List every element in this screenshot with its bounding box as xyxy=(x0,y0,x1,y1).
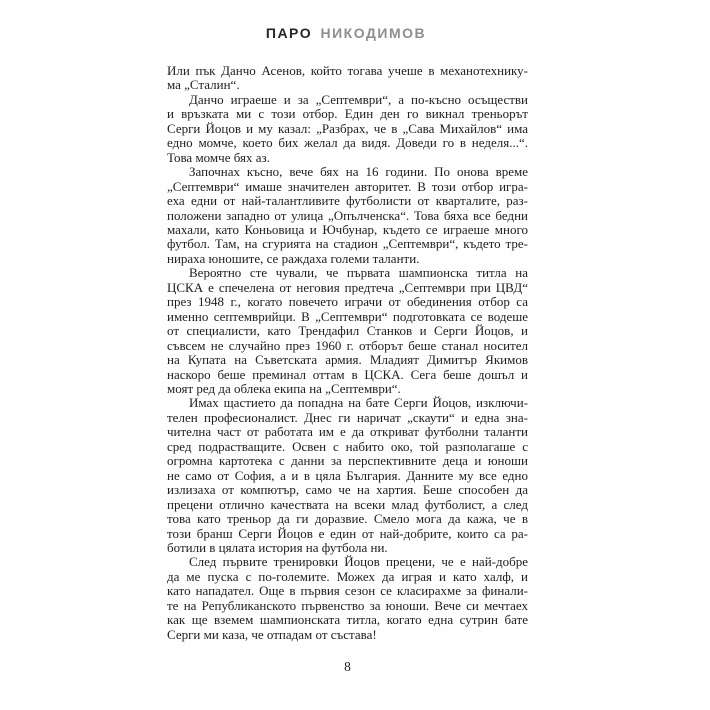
text-line: огромна картотека с данни за перспективн… xyxy=(167,454,528,468)
text-line: След първите тренировки Йоцов прецени, ч… xyxy=(167,555,528,569)
text-line: Или пък Данчо Асенов, който тогава учеше… xyxy=(167,64,528,78)
text-line: на Купата на Съветската армия. Младият Д… xyxy=(167,353,528,367)
text-line: Данчо играеше и за „Септември“, а по-къс… xyxy=(167,93,528,107)
text-line: през 1948 г., когато повечето играчи от … xyxy=(167,295,528,309)
text-line: те на Републиканското първенство за юнош… xyxy=(167,599,528,613)
book-page: ПАРО НИКОДИМОВ Или пък Данчо Асенов, кой… xyxy=(0,0,710,710)
text-line: Имах щастието да попадна на бате Серги Й… xyxy=(167,396,528,410)
text-line: чителна част от работата им е да открива… xyxy=(167,425,528,439)
text-line: нираха юношите, се раждаха големи талант… xyxy=(167,252,528,266)
text-line: Серги Йоцов и му казал: „Разбрах, че в „… xyxy=(167,122,528,136)
page-body: Или пък Данчо Асенов, който тогава учеше… xyxy=(167,64,528,642)
author-first-name: ПАРО xyxy=(266,25,312,41)
paragraph: Имах щастието да попадна на бате Серги Й… xyxy=(167,396,528,555)
text-line: положени западно от улица „Опълченска“. … xyxy=(167,209,528,223)
text-line: да ме пуска с по-големите. Можех да игра… xyxy=(167,570,528,584)
text-line: и връзката ми с този отбор. Един ден го … xyxy=(167,107,528,121)
text-line: като нападател. Още в първия сезон се кл… xyxy=(167,584,528,598)
author-last-name: НИКОДИМОВ xyxy=(320,25,426,41)
text-line: „Септември“ имаше значителен авторитет. … xyxy=(167,180,528,194)
paragraph: Данчо играеше и за „Септември“, а по-къс… xyxy=(167,93,528,165)
paragraph: Вероятно сте чували, че първата шампионс… xyxy=(167,266,528,396)
text-line: Серги ми каза, че отпадам от състава! xyxy=(167,628,528,642)
text-line: прецени отлично качествата на всеки млад… xyxy=(167,498,528,512)
text-line: този бранш Серги Йоцов е един от най-доб… xyxy=(167,527,528,541)
text-line: от специалисти, като Трендафил Станков и… xyxy=(167,324,528,338)
text-line: Започнах късно, вече бях на 16 години. П… xyxy=(167,165,528,179)
text-line: едно момче, което бих желал да видя. Дов… xyxy=(167,136,528,150)
text-line: не само от София, а и в цяла България. Д… xyxy=(167,469,528,483)
paragraph: Започнах късно, вече бях на 16 години. П… xyxy=(167,165,528,266)
paragraph: След първите тренировки Йоцов прецени, ч… xyxy=(167,555,528,642)
text-line: Това момче бях аз. xyxy=(167,151,528,165)
text-line: това като треньор да ги доразвие. Смело … xyxy=(167,512,528,526)
text-line: футбол. Там, на сгурията на стадион „Сеп… xyxy=(167,237,528,251)
text-line: моят ред да облека екипа на „Септември“. xyxy=(167,382,528,396)
text-line: наскоро беше преминал оттам в ЦСКА. Сега… xyxy=(167,368,528,382)
text-line: Вероятно сте чували, че първата шампионс… xyxy=(167,266,528,280)
text-line: как ще вземем шампионската титла, когато… xyxy=(167,613,528,627)
text-line: телен професионалист. Днес ги наричат „с… xyxy=(167,411,528,425)
text-line: именно септемврийци. В „Септември“ подго… xyxy=(167,310,528,324)
text-line: излизаха от компютър, само че на хартия.… xyxy=(167,483,528,497)
page-number: 8 xyxy=(167,659,528,675)
paragraph: Или пък Данчо Асенов, който тогава учеше… xyxy=(167,64,528,93)
text-line: ма „Сталин“. xyxy=(167,78,528,92)
text-line: сред подрастващите. Освен с набито око, … xyxy=(167,440,528,454)
text-line: ботили в цялата история на футбола ни. xyxy=(167,541,528,555)
text-line: ЦСКА е спечелена от неговия предтеча „Се… xyxy=(167,281,528,295)
text-line: махали, като Коньовица и Ючбунар, където… xyxy=(167,223,528,237)
running-head: ПАРО НИКОДИМОВ xyxy=(165,25,527,41)
text-line: съвсем не случайно през 1960 г. отборът … xyxy=(167,339,528,353)
text-line: еха едни от най-талантливите футболисти … xyxy=(167,194,528,208)
